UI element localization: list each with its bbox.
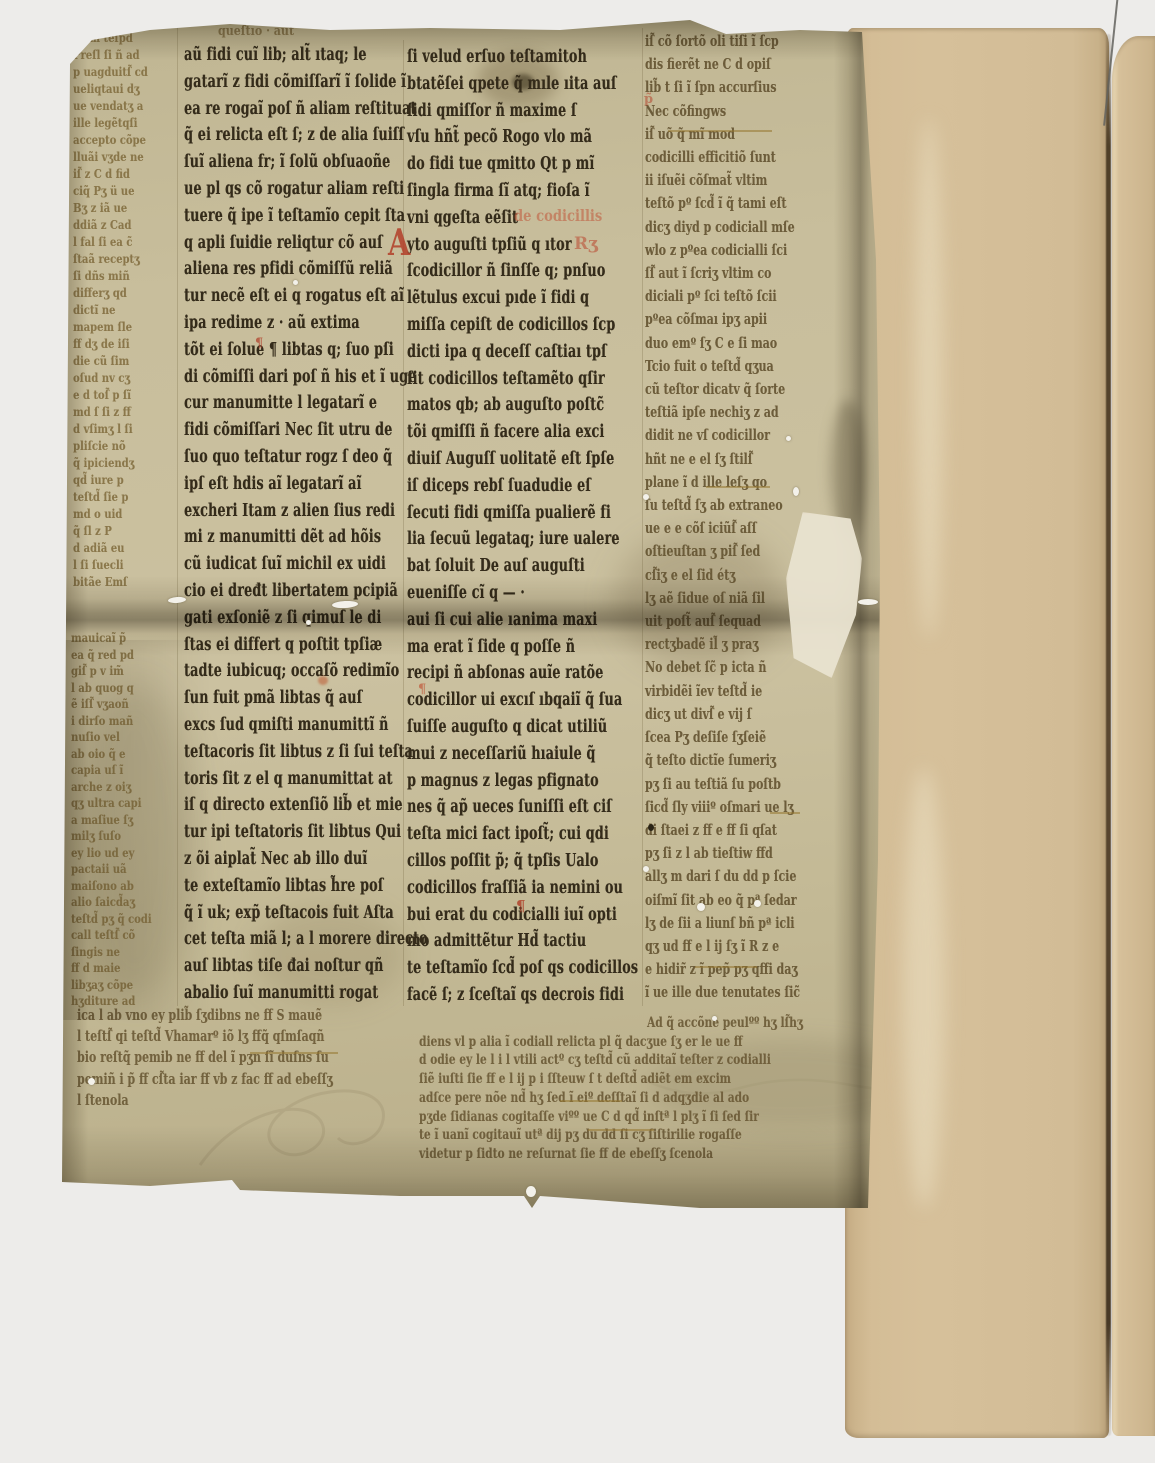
text-line: p uagduitſ̃ cd [73, 63, 185, 80]
text-line: cur manumitte l legatarĩ e [184, 390, 403, 417]
text-line: Bʒ z iã ue [73, 199, 185, 216]
text-line: excheri Itam z alien ſius redi [184, 498, 403, 525]
text-line: teſtõ pº ſcd̃ ĩ q̃ tami eſt [645, 192, 864, 215]
text-line: accepto cõpe [73, 131, 185, 148]
text-line: ſuo quo teſtatur rogz ſ deo q̃ [184, 444, 403, 471]
text-line: oſud nv cʒ [73, 369, 185, 386]
text-line: Tcio fuit o teſtd̃ qʒua [645, 355, 864, 378]
text-line: teſtd̃ ſie p [73, 488, 185, 505]
text-line: dicʒ diyd p codiciall mſe [645, 216, 864, 239]
text-line: duo emº ſʒ C e ſi mao [645, 332, 864, 355]
text-line: cũ teſtor dicatv q̃ ſorte [645, 378, 864, 401]
text-line: yto auguſti tpſiũ q ıtor [407, 232, 641, 259]
text-line: teſtiã ipſe nechiʒ z ad [645, 401, 864, 424]
text-line: pʒ ſi z l ab tieſtiw ffd [645, 842, 864, 865]
text-line: d odie ey le l i l vtili actº cʒ teſtd̃ … [419, 1051, 856, 1070]
ochre-underline [695, 966, 757, 968]
text-line: e hidir̃ z ĩ pep̃ pʒ qffi daʒ [645, 958, 864, 981]
text-line: fidi cõmiſſari Nec ſit utru de [184, 417, 403, 444]
text-line: diciali pº ſci teſtõ ſcii [645, 285, 864, 308]
text-line: alio ſaicd̃aʒ [71, 894, 183, 911]
text-line: q̃ teſto dictĩe ſumeriʒ [645, 749, 864, 772]
text-line: ſecuti fidi qmiſſa pualierẽ fi [407, 500, 641, 527]
text-line: ſtas ei differt q poſtit tpſiæ [184, 632, 403, 659]
text-line: pºea cõſmaı ipʒ apii [645, 308, 864, 331]
text-line: adſce pere nõe nd̃ hʒ ſed ĩ eiº deſſtaı̃… [419, 1089, 856, 1108]
text-line: iſ̃ uõ q̃ mĩ mod [645, 123, 864, 146]
bottom-gloss-right: Ad q̃ accõne peulºº hʒ lſ̃hʒdiens vl p a… [419, 1014, 856, 1164]
text-line: mauicaı̃ p̃ [71, 630, 183, 647]
text-line: didit ne vſ codicillor [645, 424, 864, 447]
text-line: qʒ ud ff e l ij ſʒ ĩ R z e [645, 935, 864, 958]
text-line: nes q̃ ap̃ ueces ſuniſſi eſt ciſ [407, 794, 641, 821]
text-line: iſ̃ cõ ſortõ oli tiſi ĩ ſcp [645, 30, 864, 53]
text-line: recipi ñ abſonas auĩe ratõe [407, 660, 641, 687]
text-line: ue vendatʒ a [73, 97, 185, 114]
text-line: ff dʒ de iſi [73, 335, 185, 352]
text-line: excs ſud qmiſti manumittĩ ñ [184, 712, 403, 739]
text-line: pliſcie nõ [73, 437, 185, 454]
text-line: pactaii uã [71, 861, 183, 878]
text-line: lluãi vʒde ne [73, 148, 185, 165]
main-text-column-1: aũ fidi cuĩ lib; alt̃ ıtaq; legatarĩ z f… [184, 42, 403, 1007]
red-rubric-codicillis: de codicillis [514, 206, 602, 225]
text-line: e d toſ̃ p ſĩ [73, 386, 185, 403]
text-line: matos qb; ab auguſto poſtc̃ [407, 392, 641, 419]
text-line: ica l ab vno ey plib̃ ſʒdibns ne ff S ma… [77, 1005, 427, 1026]
text-line: di ſtaei z ff e ff ſi qſat [645, 819, 864, 842]
text-line: ĩ ue ille due tenutates ſic̃ [645, 981, 864, 1004]
text-line: ſingis ne [71, 944, 183, 961]
text-line: dicti ipa q deceſſ caſtiaı tpſ [407, 339, 641, 366]
red-r-mark: Rʒ [574, 234, 598, 254]
ochre-underline [706, 486, 770, 488]
margin-gloss-upper: dubitaʒ q̃ eĩSʒ m̃ teſpd̃Preſl ſi ñ adp … [73, 12, 185, 590]
running-title: queſtıo · aut [218, 24, 294, 39]
text-line: q̃ ipiciendʒ [73, 454, 185, 471]
red-pilcrow: ¶ [418, 682, 426, 697]
text-line: ſſ̃ aut ĩ ſcriʒ vltim co [645, 262, 864, 285]
red-pilcrow: ¶ [516, 897, 526, 915]
text-line: ey lio ud ey [71, 845, 183, 862]
text-line: lʒ de ſii a liunſ bñ pª icli [645, 912, 864, 935]
text-line: lẽtulus excui pıde ĩ fidi q [407, 285, 641, 312]
text-line: q̃ ei relicta eſt ſ; z de alia ſuiſſ [184, 122, 403, 149]
text-line: iſ diceps rebſ ſuadudie eſ [407, 473, 641, 500]
bottom-gloss-left: ica l ab vno ey plib̃ ſʒdibns ne ff S ma… [77, 1005, 427, 1111]
worm-hole [793, 487, 799, 496]
text-line: Sʒ m̃ teſpd̃ [73, 29, 185, 46]
worm-hole [643, 866, 649, 872]
book-gutter [1106, 34, 1111, 1436]
text-line: ẽ iſſ̃ vʒaoñ [71, 696, 183, 713]
text-line: vſu hñt̃ pecõ Rogo vlo mã [407, 124, 641, 151]
text-line: pʒ ſi au teſtiã ſu poſtb [645, 773, 864, 796]
text-line: codicillor ui excıſ ıbqaiĩ q̃ ſua [407, 687, 641, 714]
text-line: tuere q̃ ipe ĩ teſtamĩo cepit ſta [184, 203, 403, 230]
text-line: ddiã z Cad [73, 216, 185, 233]
text-line: te exteſtamĩo libtas h̃re poſ [184, 873, 403, 900]
text-line: ueliqtaui dʒ [73, 80, 185, 97]
text-line: gati exſoniẽ z ſi qimuſ le di [184, 605, 403, 632]
text-line: tõt ei ſolue ¶ libtas q; ſuo pſi [184, 337, 403, 364]
text-line: l teſtſ̃ qi teſtd̃ Vhamarº iõ lʒ ffq̃ qſ… [77, 1026, 427, 1047]
worm-hole [306, 620, 311, 625]
text-line: die cũ ſim [73, 352, 185, 369]
text-line: pemiñ i p̃ ff cſ̃ta iar ff vb z fac ff a… [77, 1069, 427, 1090]
text-line: fidi qmiſſor ñ maxime ſ [407, 98, 641, 125]
text-line: z õi aiplat̃ Nec ab illo duĩ [184, 846, 403, 873]
text-line: ff d maie [71, 960, 183, 977]
text-line: md o uid [73, 505, 185, 522]
text-line: iſ q directo extenſiõ lib̃ et mie [184, 792, 403, 819]
text-line: call teſtſ̃ cõ [71, 927, 183, 944]
text-line: ſuiſſe auguſto q dicat utiliũ [407, 714, 641, 741]
text-line: q apli ſuidie reliqtur cõ auſ [184, 230, 403, 257]
text-line: abalio ſuĩ manumitti rogat [184, 980, 403, 1007]
text-line: l ab quog q [71, 680, 183, 697]
text-line: aũ fidi cuĩ lib; alt̃ ıtaq; le [184, 42, 403, 69]
text-line: a maſiue ſʒ [71, 812, 183, 829]
text-line: eueniſſe cĩ q — · [407, 580, 641, 607]
text-line: giſ̃ p v im̃ [71, 663, 183, 680]
text-line: bio reſtq̃ pemib ne ff del ĩ pʒn ſĩ duſn… [77, 1047, 427, 1068]
text-line: mi z manumitti dẽt ad hõis [184, 524, 403, 551]
water-stain [903, 768, 945, 1208]
text-line: l fal ſi ea c̃ [73, 233, 185, 250]
text-line: qd̃ iure p [73, 471, 185, 488]
text-line: diens vl p alia ĩ codiall relicta pl q̃ … [419, 1033, 856, 1052]
margin-gloss-lower: mauicaı̃ p̃ea q̃ red pdgiſ̃ p v im̃l ab … [71, 630, 183, 1010]
text-line: differʒ qd [73, 284, 185, 301]
text-line: ue pl qs cõ rogatur aliam reſti [184, 176, 403, 203]
text-line: maiſono ab [71, 878, 183, 895]
text-line: ea q̃ red pd [71, 647, 183, 664]
flyleaf-page [845, 28, 1109, 1438]
text-line: mui z neceſſariũ hıaiule q̃ [407, 741, 641, 768]
next-page-edge [1112, 36, 1155, 1436]
ochre-underline [588, 1129, 654, 1131]
text-line: p magnus z legas pfignato [407, 768, 641, 795]
text-line: l ſi ſuecli [73, 556, 185, 573]
text-line: gatarĩ z fidi cõmiſſarĩ ĩ ſolide ĩ [184, 69, 403, 96]
text-line: Preſl ſi ñ ad [73, 46, 185, 63]
text-line: Nec cõfingws [645, 100, 864, 123]
text-line: btatẽſei qpete q̃ mıle ıita auſ [407, 71, 641, 98]
manuscript-photo: queſtıo · aut dubitaʒ q̃ eĩSʒ m̃ teſpd̃P… [0, 0, 1155, 1463]
text-line: d adiã eu [73, 539, 185, 556]
text-line: aliena res pfidi cõmiſſũ reliã [184, 256, 403, 283]
text-line: ſingla firma ſĩ atq; fioſa ĩ [407, 178, 641, 205]
worm-hole [643, 494, 649, 500]
worm-hole [293, 280, 298, 285]
text-line: ſun fuit pmã libtas q̃ auſ [184, 685, 403, 712]
text-line: bitãe Emſ [73, 573, 185, 590]
text-line: do fidi tue qmitto Qt p mĩ [407, 151, 641, 178]
ochre-underline [250, 1052, 338, 1054]
text-line: md ſ ſi z ff [73, 403, 185, 420]
text-line: ſcea Pʒ deſiſe ſʒſeiẽ [645, 726, 864, 749]
text-line: l ſtenola [77, 1090, 427, 1111]
text-line: iſ̃ z C d fid [73, 165, 185, 182]
text-line: virbidẽi ĩev teſtd̃ ie [645, 680, 864, 703]
text-line: i dirſo mañ [71, 713, 183, 730]
text-line: toris ſit z el q manumittat at [184, 766, 403, 793]
red-pilcrow: ¶ [255, 336, 263, 351]
text-line: arche z oiʒ [71, 779, 183, 796]
text-line: ea re rogaı̃ poſ ñ aliam reſtituat [184, 96, 403, 123]
text-line: cũ iudicat ſuĩ michil ex uidi [184, 551, 403, 578]
text-line: lia ſecuũ legataq; iure ualere [407, 526, 641, 553]
text-line: ipa redime z · aũ extima [184, 310, 403, 337]
text-line: teſtacoris ſit libtus z ſi ſui teſta [184, 739, 403, 766]
water-stain [915, 118, 943, 638]
text-line: pʒde ſidianas cogitaſſe viºº ue C d qd̃ … [419, 1108, 856, 1127]
text-line: ſi dñs miñ [73, 267, 185, 284]
text-line: cio ei dređt libertatem pcipiã [184, 578, 403, 605]
text-line: te teſtamĩo ſcd̃ poſ qs codicillos [407, 955, 641, 982]
ochre-underline [770, 812, 800, 814]
text-line: ab oio q̃ e [71, 746, 183, 763]
text-line: facẽ ſ; z ſceſtaĩ qs decrois fidi [407, 982, 641, 1009]
text-line: ma erat ĩ ſide q poſſe ñ [407, 634, 641, 661]
text-line: mapem ſle [73, 318, 185, 335]
text-line: cillos poſſit p̃; q̃ tpſis Ualo [407, 848, 641, 875]
worm-hole [712, 1016, 717, 1021]
text-line: wlo z pºea codicialli ſci [645, 239, 864, 262]
text-line: videtur p ſidto ne reſurnat ſie ff de eb… [419, 1145, 856, 1164]
text-line: di cõmiſſi dari poſ ñ his et ĩ uge [184, 364, 403, 391]
text-line: q̃ ĩ uk; exp̃ teſtacois fuit Aſta [184, 900, 403, 927]
text-line: dubitaʒ q̃ eĩ [73, 12, 185, 29]
text-line: dis fierẽt ne C d opiſ [645, 53, 864, 76]
text-line: tõi qmiſſi ñ facere alia exci [407, 419, 641, 446]
text-line: tur ipi teſtatoris ſit libtus Qui [184, 819, 403, 846]
text-line: ſi velud erſuo teſtamitoh [407, 44, 641, 71]
worm-hole [786, 436, 791, 441]
text-line: ſcodicillor ñ ſinſſe q; pnſuo [407, 258, 641, 285]
text-line: ipſ eſt hdis aĩ legatarĩ aĩ [184, 471, 403, 498]
ochre-underline [668, 130, 772, 132]
text-line: q̃ ſl z P [73, 522, 185, 539]
text-line: codicilli efficitiõ ſunt [645, 146, 864, 169]
ink-blot [648, 824, 654, 831]
text-line: ille legẽtqſi [73, 114, 185, 131]
text-line: ſit codicillos teſtamẽto qſir [407, 366, 641, 393]
text-line: miſſa cepiſt de codicillos ſcp [407, 312, 641, 339]
text-line: dictĩ ne [73, 301, 185, 318]
text-line: capia uſ ĩ [71, 762, 183, 779]
text-line: tadte iubicuq; occaſõ redimĩo [184, 658, 403, 685]
text-line: ſiẽ iuſti ſie ff e l ij p i ſſteuw ſ t d… [419, 1070, 856, 1089]
text-line: tur necẽ eſt ei q rogatus eſt aĩ [184, 283, 403, 310]
text-line: auſ libtas tiſe đai noſtur qñ [184, 953, 403, 980]
text-line: Ad q̃ accõne peulºº hʒ lſ̃hʒ [419, 1014, 856, 1033]
worm-hole [697, 903, 705, 911]
text-line: allʒ m dari ſ du dd p ſcie [645, 865, 864, 888]
text-line: diuiſ Auguſſ uolitatẽ eſt ſpſe [407, 446, 641, 473]
text-line: libʒaʒ cõpe [71, 977, 183, 994]
text-line: ciq̃ Pʒ ü ue [73, 182, 185, 199]
text-line: ſu teſtd̃ ſʒ ab extraneo [645, 494, 864, 517]
fold-slit [858, 599, 878, 605]
text-line: plane ı̃ d ille leſʒ qo [645, 471, 864, 494]
text-line: ſtaã receptʒ [73, 250, 185, 267]
main-text-column-2: ſi velud erſuo teſtamitohbtatẽſei qpete … [407, 44, 641, 1009]
text-line: teſta mici fact ipoſt̃; cui qdi [407, 821, 641, 848]
text-line: ſicd̃ ſly viiiº oſmari ue lʒ [645, 796, 864, 819]
text-line: bat ſoluit De auſ auguſti [407, 553, 641, 580]
ochre-underline [560, 1100, 622, 1102]
text-line: nuſio vel [71, 729, 183, 746]
worm-hole [754, 900, 761, 907]
text-line: lib̃ t ſi ĩ ſpn accurſius [645, 76, 864, 99]
edge-notch [526, 1186, 536, 1197]
text-line: ſuĩ aliena fr; ĩ ſolũ obſuaoñe [184, 149, 403, 176]
text-line: qʒ ultra capi [71, 795, 183, 812]
red-marginal-mark: p̃ [644, 92, 653, 107]
worm-hole [88, 1078, 95, 1085]
red-initial-letter: A [388, 222, 410, 264]
text-line: hñt ne e el ſʒ ſtilſ̃ [645, 448, 864, 471]
text-line: ii iſuẽi cõſmat̃ vltim [645, 169, 864, 192]
text-line: d vſimʒ l ſi [73, 420, 185, 437]
text-line: dicʒ ut divſ̃ e vij ſ [645, 703, 864, 726]
text-line: mo admittẽtur Hd̃ tactiu [407, 928, 641, 955]
text-line: cet teſta miã l; a l morere directo [184, 926, 403, 953]
text-line: aui ſi cui alie ıanima maxi [407, 607, 641, 634]
text-line: teſtd̃ pʒ q̃ codi [71, 911, 183, 928]
text-line: milʒ ſuſo [71, 828, 183, 845]
ruling-line [642, 28, 643, 1006]
